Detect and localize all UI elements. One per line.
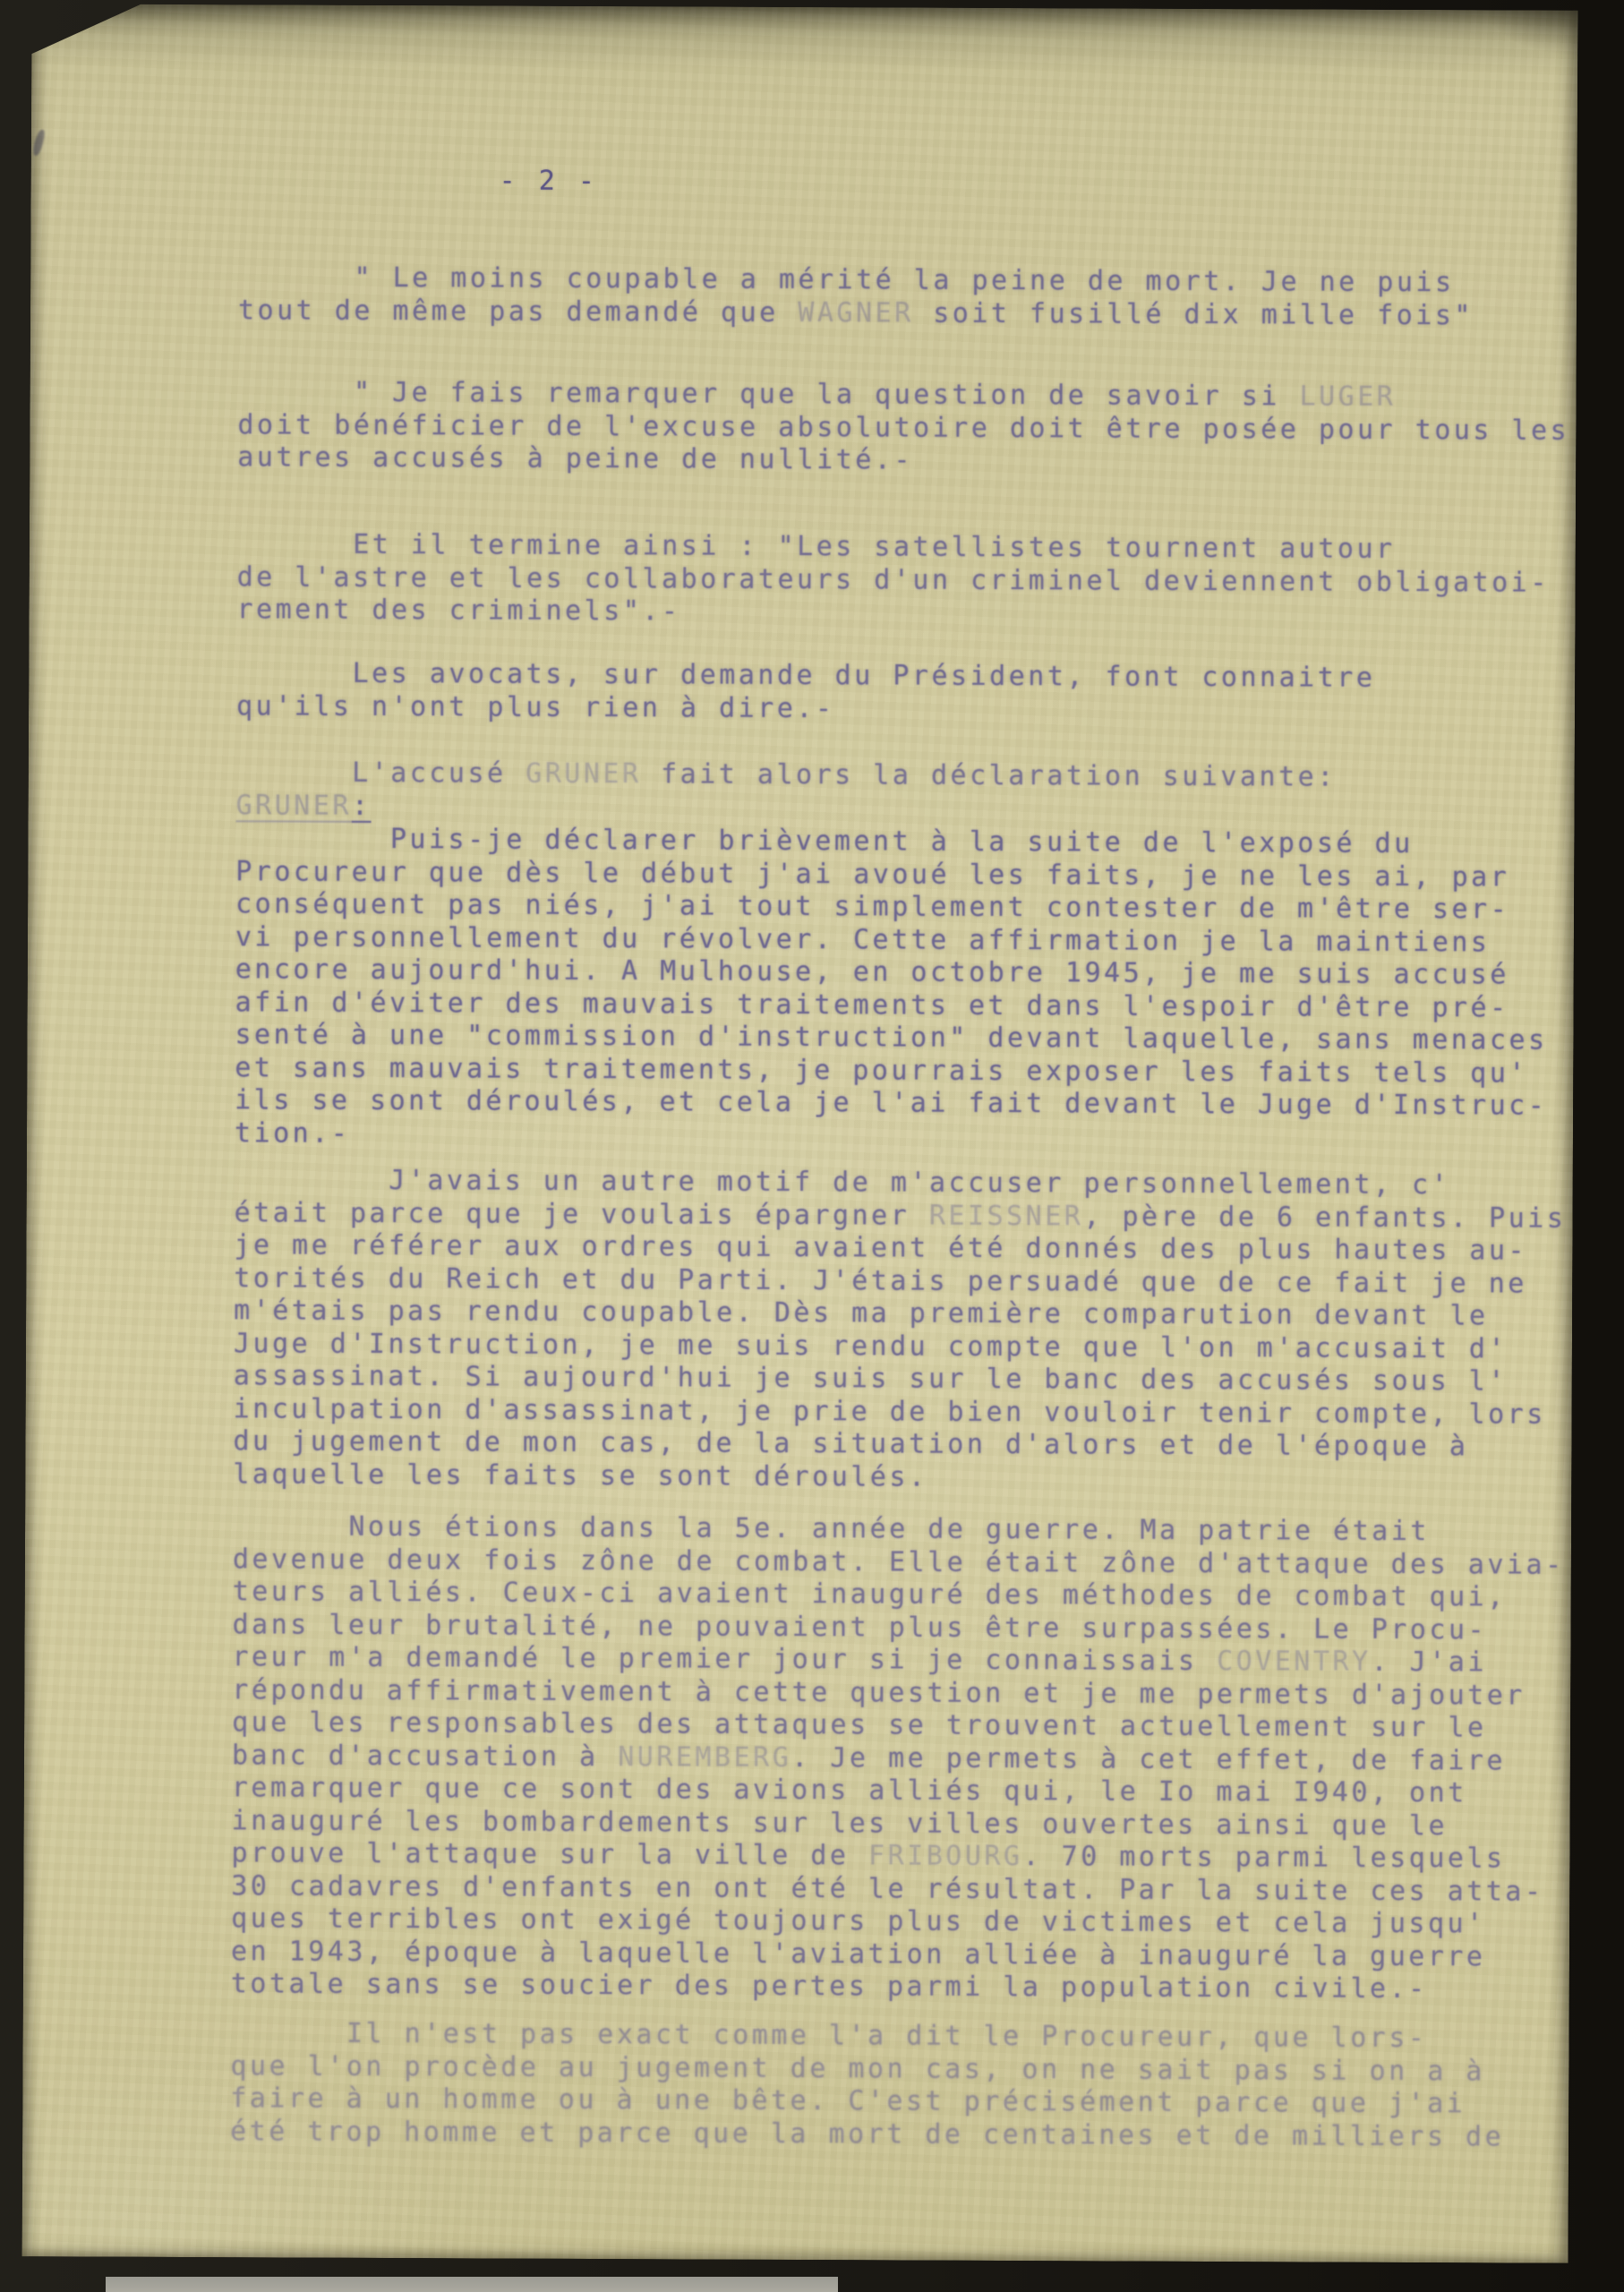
scanner-background: - 2 - " Le moins coupable a mérité la pe… bbox=[0, 0, 1624, 2292]
faded-name: COVENTRY bbox=[1217, 1646, 1372, 1678]
text-line: rement des criminels".- bbox=[236, 594, 1549, 632]
text-line: L'accusé GRUNER fait alors la déclaratio… bbox=[236, 757, 1337, 794]
paragraph: Et il termine ainsi : "Les satellistes t… bbox=[236, 528, 1550, 632]
text-line: été trop homme et parce que la mort de c… bbox=[230, 2116, 1504, 2154]
text-line: afin d'éviter des mauvais traitements et… bbox=[235, 987, 1548, 1025]
text-line: remarquer que ce sont des avions alliés … bbox=[232, 1772, 1564, 1810]
text-line: Nous étions dans la 5e. année de guerre.… bbox=[233, 1510, 1565, 1549]
text-line: que les responsables des attaques se tro… bbox=[232, 1706, 1564, 1745]
paragraph: " Je fais remarquer que la question de s… bbox=[237, 376, 1569, 480]
document-page: - 2 - " Le moins coupable a mérité la pe… bbox=[22, 4, 1578, 2263]
text-line: et sans mauvais traitements, je pourrais… bbox=[235, 1052, 1547, 1090]
text-line: du jugement de mon cas, de la situation … bbox=[233, 1425, 1565, 1464]
faded-name: GRUNER bbox=[236, 790, 353, 822]
text-line: Puis-je déclarer brièvement à la suite d… bbox=[235, 823, 1548, 861]
text-block: " Le moins coupable a mérité la peine de… bbox=[230, 4, 1583, 2263]
text-line: je me référer aux ordres qui avaient été… bbox=[234, 1229, 1566, 1268]
scanner-backing-strip bbox=[106, 2277, 838, 2292]
text-line: faire à un homme ou à une bête. C'est pr… bbox=[230, 2082, 1504, 2121]
text-line: ils se sont déroulés, et cela je l'ai fa… bbox=[235, 1084, 1547, 1123]
text-line: Procureur que dès le début j'ai avoué le… bbox=[235, 856, 1548, 894]
text-line: encore aujourd'hui. A Mulhouse, en octob… bbox=[235, 954, 1548, 992]
paragraph: Les avocats, sur demande du Président, f… bbox=[236, 657, 1375, 728]
text-line: reur m'a demandé le premier jour si je c… bbox=[232, 1641, 1564, 1680]
text-line: autres accusés à peine de nullité.- bbox=[237, 441, 1569, 480]
paragraph: L'accusé GRUNER fait alors la déclaratio… bbox=[236, 757, 1337, 794]
text-line: Et il termine ainsi : "Les satellistes t… bbox=[237, 528, 1550, 567]
faded-name: GRUNER bbox=[526, 758, 642, 791]
faded-name: REISSNER bbox=[929, 1200, 1084, 1232]
text-line: prouve l'attaque sur la ville de FRIBOUR… bbox=[231, 1837, 1563, 1876]
text-line: Il n'est pas exact comme l'a dit le Proc… bbox=[231, 2017, 1505, 2056]
text-line: laquelle les faits se sont déroulés. bbox=[233, 1458, 1565, 1497]
faded-name: LUGER bbox=[1299, 381, 1396, 412]
paragraph: " Le moins coupable a mérité la peine de… bbox=[238, 261, 1474, 332]
ink-mark bbox=[31, 129, 46, 157]
faded-name: WAGNER bbox=[798, 296, 914, 329]
faded-name: NUREMBERG bbox=[618, 1741, 791, 1774]
text-line: senté à une "commission d'instruction" d… bbox=[235, 1019, 1547, 1057]
text-line: que l'on procède au jugement de mon cas,… bbox=[230, 2050, 1504, 2089]
text-line: tout de même pas demandé que WAGNER soit… bbox=[238, 295, 1474, 333]
faded-name: FRIBOURG bbox=[868, 1840, 1023, 1872]
text-line: totale sans se soucier des pertes parmi … bbox=[231, 1968, 1563, 2006]
text-line: J'avais un autre motif de m'accuser pers… bbox=[235, 1164, 1567, 1202]
text-line: vi personnellement du révolver. Cette af… bbox=[235, 921, 1548, 960]
text-line: conséquent pas niés, j'ai tout simplemen… bbox=[235, 888, 1548, 927]
text-line: " Le moins coupable a mérité la peine de… bbox=[238, 261, 1474, 300]
text-line: tion.- bbox=[235, 1117, 1547, 1156]
text-line: Les avocats, sur demande du Président, f… bbox=[236, 657, 1375, 695]
text-line: de l'astre et les collaborateurs d'un cr… bbox=[237, 561, 1550, 600]
paragraph: Puis-je déclarer brièvement à la suite d… bbox=[235, 823, 1549, 1155]
text-line: m'étais pas rendu coupable. Dès ma premi… bbox=[234, 1295, 1566, 1333]
text-line: GRUNER: bbox=[236, 790, 372, 823]
paragraph: Il n'est pas exact comme l'a dit le Proc… bbox=[230, 2017, 1505, 2153]
speaker-label: GRUNER: bbox=[236, 790, 372, 823]
text-line: qu'ils n'ont plus rien à dire.- bbox=[236, 690, 1375, 728]
paragraph: Nous étions dans la 5e. année de guerre.… bbox=[231, 1510, 1565, 2006]
text-line: assassinat. Si aujourd'hui je suis sur l… bbox=[234, 1360, 1566, 1398]
text-line: ques terribles ont exigé toujours plus d… bbox=[231, 1903, 1563, 1941]
text-line: teurs alliés. Ceux-ci avaient inauguré d… bbox=[233, 1576, 1565, 1614]
paragraph: J'avais un autre motif de m'accuser pers… bbox=[233, 1164, 1566, 1496]
text-line: " Je fais remarquer que la question de s… bbox=[238, 376, 1570, 415]
